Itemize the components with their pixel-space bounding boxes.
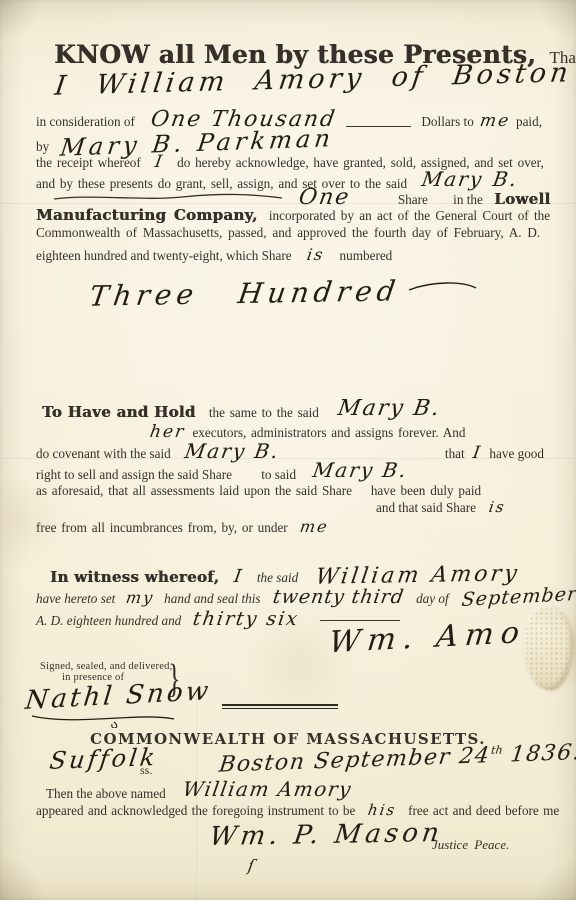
justice-signature-line: Wm. P. Mason [210,822,443,848]
covenant-that: that [445,446,465,462]
i-handwriting: I [153,154,164,171]
witness-signature: Nathl Snow [24,678,213,714]
habendum-mid: the same to the said [209,405,319,420]
fill-dash [320,620,400,621]
day-handwriting: twenty third [271,588,405,607]
payer-line: by Mary B. Parkman [36,131,334,155]
share-is-line: and that said Share is [376,500,506,516]
share-number-handwriting: Three Hundred [88,277,402,310]
witness-blackletter: In witness whereof, [50,568,219,586]
acknowledged-post: free act and deed before me [408,803,559,818]
her-handwriting: her [149,424,187,441]
right-line: right to sell and assign the said Share … [36,462,408,483]
consideration-paid: paid, [516,114,542,130]
company-blackletter: Manufacturing Company, [36,206,258,224]
seal-p2: hand and seal this [164,591,260,606]
company-rest: incorporated by an act of the General Co… [269,208,550,223]
justice-title: Justice Peace. [432,837,509,852]
habendum-name-handwriting: Mary B. [336,398,442,420]
named-line: Then the above named William Amory [46,781,352,802]
seal-p1: have hereto set [36,591,115,606]
consideration-post: Dollars to [421,114,473,130]
covenant-post: have good [489,446,544,462]
habendum-blackletter: To Have and Hold [42,403,196,421]
right-tosaid: to said [261,467,296,482]
place-date-line: Boston September 24th 1836. [220,748,576,770]
seal-clause-line: have hereto set my hand and seal this tw… [36,588,576,607]
attestation-text-1: Signed, sealed, and delivered, [40,661,173,672]
place-date-text: Boston September 24 [218,743,492,777]
year-pre: A. D. eighteen hundred and [36,613,181,628]
me-handwriting: me [478,113,511,130]
receipt-pre: the receipt whereof [36,155,141,170]
free-pre: free from all incumbrances from, by, or … [36,520,288,535]
free-line: free from all incumbrances from, by, or … [36,519,329,536]
named-pre: Then the above named [46,786,166,801]
habendum-line: To Have and Hold the same to the said Ma… [42,400,441,422]
assessments-pre: as aforesaid, that all assessments laid … [36,483,352,498]
month-handwriting: September [461,585,576,610]
my-handwriting: my [124,590,155,606]
payer-pre: by [36,139,49,155]
witness-i-handwriting: I [233,568,245,586]
covenant-line: do covenant with the said Mary B. that I… [36,441,544,462]
justice-signature: Wm. P. Mason [208,820,445,850]
grantor-handwriting: I William Amory of Boston [53,59,573,99]
year-handwriting: thirty six [191,610,300,629]
right-name-handwriting: Mary B. [312,460,410,480]
signature-flourish [28,710,178,728]
share-number-line: Three Hundred [90,279,479,308]
named-handwriting: William Amory [181,779,353,799]
grantor-line: I William Amory of Boston [56,66,571,93]
share-word: Share [398,192,428,207]
witness-said: the said [257,570,298,585]
ss-text: ss. [140,763,152,777]
justice-title-line: Justice Peace. [432,837,509,853]
share-is-pre: and that said Share [376,500,476,515]
witness-signature-line: Nathl Snow [26,683,211,709]
flourish-line [52,192,284,202]
fill-dash [346,126,411,127]
document-page: KNOW all Men by these Presents, That I W… [0,0,576,900]
assignee-handwriting: Mary B. [420,169,519,189]
ink-mark: ſ [248,858,256,875]
date-superscript: th [490,743,503,756]
ink-mark-glyph: ſ [247,858,257,874]
seal-p3: day of [416,591,449,606]
assessments-line: as aforesaid, that all assessments laid … [36,483,481,499]
assessments-post: have been duly paid [371,483,481,498]
ss-label: ss. [140,762,152,778]
executors-rest: executors, administrators and assigns fo… [192,425,465,440]
free-me-handwriting: me [299,519,330,535]
covenant-pre: do covenant with the said [36,446,171,462]
right-pre: right to sell and assign the said Share [36,467,232,482]
numbered-post: numbered [340,248,393,263]
acknowledged-pre: appeared and acknowledged the foregoing … [36,803,355,818]
inthe-word: in the [453,192,483,207]
covenant-i-handwriting: I [471,445,482,462]
commonwealth-line: Commonwealth of Massachusetts, passed, a… [36,225,540,241]
attestation-line-1: Signed, sealed, and delivered, [40,661,173,672]
is-handwriting: is [306,247,326,263]
commonwealth-text: Commonwealth of Massachusetts, passed, a… [36,225,540,240]
section-divider [222,704,338,709]
his-handwriting: his [366,803,397,818]
numbered-pre: eighteen hundred and twenty-eight, which… [36,248,292,263]
embossed-seal [524,606,572,690]
consideration-pre: in consideration of [36,114,135,130]
witness-name-handwriting: William Amory [314,563,521,589]
covenant-name-handwriting: Mary B. [183,441,281,461]
numbered-line: eighteen hundred and twenty-eight, which… [36,247,392,264]
acknowledged-line: appeared and acknowledged the foregoing … [36,803,559,819]
witness-line: In witness whereof, I the said William A… [50,565,519,587]
share-is-handwriting: is [488,500,507,515]
date-year-text: 1836. [509,740,576,767]
flourish-tail [407,279,479,295]
company-line: Manufacturing Company, incorporated by a… [36,206,550,224]
